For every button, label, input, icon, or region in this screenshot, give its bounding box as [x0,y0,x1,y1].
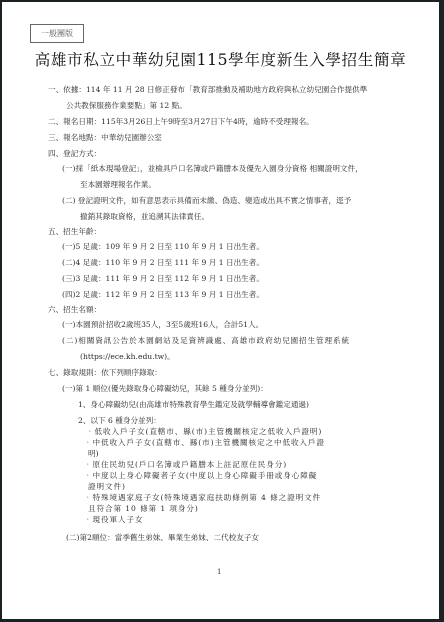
line-5-4: (四)2 足歲：112 年 9 月 2 日至 113 年 9 月 1 日出生者。 [62,290,264,300]
line-5-age: 五、招生年齡： [48,227,101,237]
line-1-basis: 一、依據：114 年 11 月 28 日修正發布「教育部推動及補助地方政府與私立… [48,85,367,95]
line-7-1-1: 1、身心障礙幼兒(由高雄市特殊教育學生鑑定及就學輔導會鑑定通過) [78,400,309,410]
page-number: 1 [217,568,221,576]
line-4-1-cont: 至本園辦理報名作業。 [80,180,156,190]
line-6-2: (二)相關資訊公告於本園網站及足資辨識處、高雄市政府幼兒園招生管理系統 [62,336,350,346]
bullet-low-income: ‧低收入戶子女(直轄市、縣(市)主管機關核定之低收入戶證明) [86,427,322,437]
document-page: 一般團版 高雄市私立中華幼兒園115學年度新生入學招生簡章 一、依據：114 年… [2,2,439,619]
line-7-2: (二)第2順位：當季舊生弟妹、畢業生弟妹、二代校友子女 [66,533,259,543]
line-4-1: (一)採「紙本現場登記」，並檢具戶口名簿或戶籍謄本及優先入園身分資格 相關證明文… [62,164,363,174]
line-7-1-2: 2、以下 6 種身分並列： [78,416,161,426]
bullet-special-family-cont: 且符合第 10 條第 1 項身分) [88,504,199,514]
line-4-method: 四、登記方式： [48,149,101,159]
bullet-disability-parent-cont: 證明文件) [88,482,126,492]
line-5-2: (二)4 足歲：110 年 9 月 2 日至 111 年 9 月 1 日出生者。 [62,258,264,268]
category-tag: 一般團版 [30,24,84,43]
line-7-1: (一)第 1 順位(優先錄取身心障礙幼兒，其餘 5 種身分並列)： [62,384,268,394]
line-6-1: (一)本園預計招收2歲班35人，3至5歲班16人，合計51人。 [62,320,263,330]
line-7-rules: 七、錄取規則：依下列順序錄取： [48,368,162,378]
bullet-disability-parent: ‧中度以上身心障礙者子女(中度以上身心障礙手冊或身心障礙 [84,471,317,481]
line-4-2: (二) 登記證明文件，如有意思表示具備而未繳、偽造、變造或出具不實之情事者，逕予 [62,196,351,206]
line-6-2-url: (https://ece.kh.edu.tw)。 [80,352,175,362]
bullet-indigenous: ‧原住民幼兒(戶口名簿或戶籍謄本上註記原住民身分) [84,460,287,470]
document-title: 高雄市私立中華幼兒園115學年度新生入學招生簡章 [2,48,439,70]
line-4-2-cont: 撤銷其錄取資格，並追溯其法律責任。 [80,212,209,222]
line-2-date: 二、報名日期：115年3月26日上午9時至3月27日下午4時，逾時不受理報名。 [48,117,314,127]
bullet-special-family: ‧特殊境遇家庭子女(特殊境遇家庭扶助條例第 4 條之證明文件 [84,493,321,503]
line-6-quota: 六、招生名額： [48,305,101,315]
line-3-location: 三、報名地點：中華幼兒園辦公室 [48,133,162,143]
line-5-3: (三)3 足歲：111 年 9 月 2 日至 112 年 9 月 1 日出生者。 [62,274,264,284]
bullet-mid-low-income-cont: 明) [88,449,99,459]
line-1-basis-cont: 公共教保服務作業要點」第 12 點。 [66,101,187,111]
bullet-military: ‧現役軍人子女 [84,515,143,525]
line-5-1: (一)5 足歲：109 年 9 月 2 日至 110 年 9 月 1 日出生者。 [62,242,264,252]
bullet-mid-low-income: ‧中低收入戶子女(直轄市、縣(市)主管機關核定之中低收入戶證 [84,438,325,448]
